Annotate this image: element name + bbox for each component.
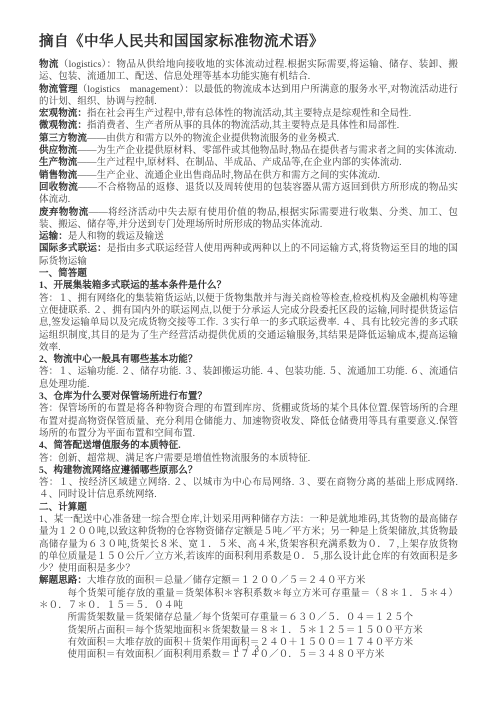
answer-1: 答：１、拥有网络化的集装箱货运站,以便于货物集散并与海关商检等检查,检疫机构及金… (39, 293, 458, 354)
calc-problem: 1、某一配送中心准备建一综合型仓库,计划采用两种储存方法：一种是就地堆码,其货物… (39, 514, 458, 575)
solution-step: 货架所占面积＝每个货架地面积＊货架数量＝８＊１．５＊１２５＝１５００平方米 (39, 625, 458, 637)
term-definition: 是人和物的载运及输送 (68, 232, 164, 242)
term-definition: 指消费者、生产者所从事的具体的物流活动,其主要特点是具体性和局部性. (87, 121, 399, 131)
term-name: 国际多式联运： (39, 244, 107, 254)
term-name: 废弃物物流 (39, 208, 89, 218)
term-paragraph: 运输：是人和物的载运及输送 (39, 231, 458, 243)
page-number: 1 / 3 (0, 644, 496, 654)
solution-intro: 解题思路：大堆存放的面积＝总量／储存定额＝１２００／５＝２４０平方米 (39, 575, 458, 587)
term-definition: ——不合格物品的返修、退货以及周转使用的包装容器从需方返回到供方所形成的物品实体… (39, 183, 458, 205)
term-definition: （logistics）：物品从供给地向接收地的实体流动过程.根据实际需要,将运输… (39, 60, 458, 82)
term-name: 微观物流： (39, 121, 87, 131)
term-paragraph: 第三方物流——由供方和需方以外的物流企业提供物流服务的业务模式. (39, 133, 458, 145)
term-definition: ——生产企业、流通企业出售商品时,物品在供方和需方之间的实体流动. (77, 171, 380, 181)
solution-step: 每个货架可能存放的重量＝货架体积＊容积系数＊每立方米可存重量＝（８＊１．５＊４）… (39, 588, 458, 613)
term-paragraph: 回收物流——不合格物品的返修、退货以及周转使用的包装容器从需方返回到供方所形成的… (39, 182, 458, 207)
term-paragraph: 销售物流——生产企业、流通企业出售商品时,物品在供方和需方之间的实体流动. (39, 170, 458, 182)
calc-section-heading: 二、计算题 (39, 502, 458, 514)
question-4: 4、简答配送增值服务的本质特征. (39, 440, 458, 452)
question-5: 5、构建物流网络应遵循哪些原那么？ (39, 465, 458, 477)
term-paragraph: 生产物流——生产过程中,原材料、在制品、半成品、产成品等,在企业内部的实体流动. (39, 157, 458, 169)
answer-4: 答：创新、超常规、满足客户需要是增值性物流服务的本质特征. (39, 453, 458, 465)
document-page: 摘自《中华人民共和国国家标准物流术语》 物流（logistics）：物品从供给地… (39, 32, 458, 662)
answer-2: 答：１、运输功能. ２、储存功能. ３、装卸搬运功能. ４、包装功能. ５、流通… (39, 366, 458, 391)
term-definition: （logistics management）：以最低的物流成本达到用户所满意的服… (39, 85, 458, 107)
term-paragraph: 宏观物流：指在社会再生产过程中,带有总体性的物流活动,其主要特点是综观性和全局性… (39, 108, 458, 120)
term-name: 生产物流 (39, 158, 77, 168)
term-name: 第三方物流 (39, 134, 87, 144)
solution-step: 所需货架数量＝货架储存总量／每个货架可存重量＝６３０／５．０４＝１２５个 (39, 612, 458, 624)
term-name: 销售物流 (39, 171, 77, 181)
term-name: 运输： (39, 232, 68, 242)
term-name: 物流 (39, 60, 59, 70)
term-paragraph: 物流（logistics）：物品从供给地向接收地的实体流动过程.根据实际需要,将… (39, 59, 458, 84)
term-name: 供应物流 (39, 146, 77, 156)
term-definition: ——将经济活动中失去原有使用价值的物品,根据实际需要进行收集、分类、加工、包装、… (39, 208, 458, 230)
answer-5: 答：１、按经济区域建立网络. ２、以城市为中心布局网络. ３、要在商物分离的基础… (39, 477, 458, 502)
term-paragraph: 物流管理（logistics management）：以最低的物流成本达到用户所… (39, 84, 458, 109)
qa-section-heading: 一、简答题 (39, 268, 458, 280)
solution-intro-text: 大堆存放的面积＝总量／储存定额＝１２００／５＝２４０平方米 (87, 576, 365, 586)
term-paragraph: 微观物流：指消费者、生产者所从事的具体的物流活动,其主要特点是具体性和局部性. (39, 120, 458, 132)
page-title: 摘自《中华人民共和国国家标准物流术语》 (39, 32, 458, 52)
term-name: 宏观物流： (39, 109, 87, 119)
solution-label: 解题思路： (39, 576, 87, 586)
term-name: 回收物流 (39, 183, 78, 193)
term-paragraph: 供应物流——为生产企业提供原材料、零部件或其他物品时,物品在提供者与需求者之间的… (39, 145, 458, 157)
question-2: 2、物流中心一般具有哪些基本功能？ (39, 354, 458, 366)
question-3: 3、仓库为什么要对保管场所进行布置？ (39, 391, 458, 403)
term-definition: 指在社会再生产过程中,带有总体性的物流活动,其主要特点是综观性和全局性. (87, 109, 411, 119)
answer-3: 答：保管场所的布置是将各种物资合理的布置到库房、货棚或货场的某个具体位置.保管场… (39, 403, 458, 440)
term-definition: ——由供方和需方以外的物流企业提供物流服务的业务模式. (87, 134, 339, 144)
question-1: 1、开展集装箱多式联运的基本条件是什么？ (39, 280, 458, 292)
term-definition: ——为生产企业提供原材料、零部件或其他物品时,物品在提供者与需求者之间的实体流动… (77, 146, 456, 156)
term-name: 物流管理 (39, 85, 78, 95)
term-definition: ——生产过程中,原材料、在制品、半成品、产成品等,在企业内部的实体流动. (77, 158, 401, 168)
term-paragraph: 废弃物物流——将经济活动中失去原有使用价值的物品,根据实际需要进行收集、分类、加… (39, 207, 458, 232)
term-paragraph: 国际多式联运：是指由多式联运经营人使用两种或两种以上的不同运输方式,将货物运至目… (39, 243, 458, 268)
